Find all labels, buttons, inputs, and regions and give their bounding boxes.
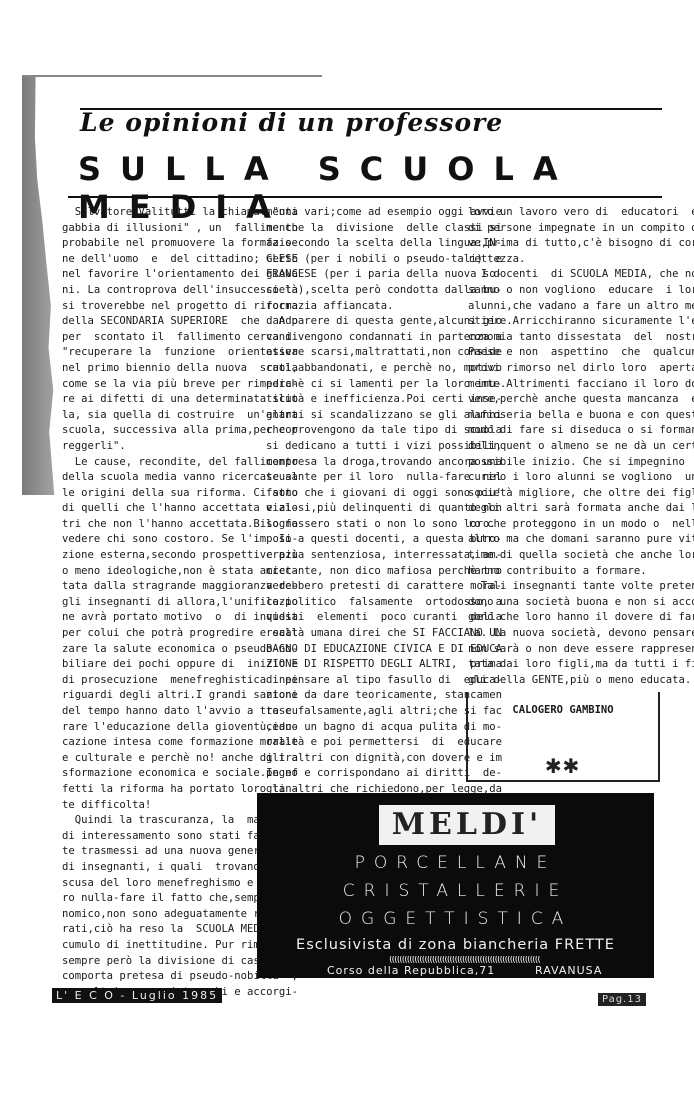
ad-address: Corso della Repubblica,71 [327, 964, 495, 977]
article-kicker: Le opinioni di un professore [80, 108, 503, 137]
article-line: hanno contribuito a formare. [468, 564, 694, 580]
article-line: menti vari;come ad esempio oggi avvie [266, 205, 502, 221]
article-line: conomia tanto dissestata del nostro [468, 330, 694, 346]
article-line: gono che loro hanno il dovere di far- [468, 610, 694, 626]
ad-line-porcellane: PORCELLANE [257, 853, 654, 873]
article-line: che provengono da tale tipo di scuola [266, 423, 502, 439]
article-line: compresa la droga,trovando ancora una [266, 455, 502, 471]
article-line: gnanti si scandalizzano se gli alunni [266, 408, 502, 424]
advertisement: MELDI' PORCELLANE CRISTALLERIE OGGETTIST… [257, 793, 654, 978]
article-line: ne dell'uomo e del cittadino; certo [62, 252, 298, 268]
ad-tagline: Esclusivista di zona biancheria FRETTE [257, 937, 654, 953]
article-line: scuola, successiva alla prima,per cor [62, 423, 298, 439]
article-line: possibile inizio. Che si impegnino e [468, 455, 694, 471]
article-line: tri che non l'hanno accettata.Bisogna [62, 517, 298, 533]
article-line: della SECONDARIA SUPERIORE che dando [62, 314, 298, 330]
article-line: essere scarsi,maltrattati,non conside [266, 345, 502, 361]
article-line: probabile nel promuovere la formazio- [62, 236, 298, 252]
article-line: di persone impegnate in un compito do [468, 221, 694, 237]
article-line: re ai difetti di una determinata scuo [62, 392, 298, 408]
article-line: ro che proteggono in un modo o nell' [468, 517, 694, 533]
article-line: si troverebbe nel progetto di riforma [62, 299, 298, 315]
article-line: perchè ci si lamenti per la loro inu- [266, 377, 502, 393]
article-line: realtà umana direi che SI FACCIANO UN [266, 626, 502, 642]
article-line: verebbero pretesti di carattere mora- [266, 579, 502, 595]
article-line: mafioseria bella e buona e con questo [468, 408, 694, 424]
article-line: cietà),scelta però condotta dalla bu- [266, 283, 502, 299]
article-line: I docenti di SCUOLA MEDIA, che non [468, 267, 694, 283]
article-line: di prosecuzione menefreghistica nei [62, 673, 298, 689]
article-line: gli insegnanti di allora,l'unificazio [62, 595, 298, 611]
article-line: rettezza. [468, 252, 694, 268]
article-line: reggerli". [62, 439, 298, 455]
article-line: scusante per il loro nulla-fare nel [266, 470, 502, 486]
article-line: ni. La controprova dell'insuccesso la [62, 283, 298, 299]
article-line: per scontato il fallimento cerca di [62, 330, 298, 346]
article-line: riguardi degli altri.I grandi santoni [62, 688, 298, 704]
article-line: gli della GENTE,più o meno educata. [468, 673, 694, 689]
article-line: modo di fare si diseduca o si formano [468, 423, 694, 439]
article-line: zione esterna,secondo prospettive più [62, 548, 298, 564]
article-line: Le cause, recondite, del fallimento [62, 455, 298, 471]
article-line: la. La nuova società, devono pensare, [468, 626, 694, 642]
article-line: o meno ideologiche,non è stata accet- [62, 564, 298, 580]
article-line: stiere.Arricchiranno sicuramente l'e- [468, 314, 694, 330]
article-line: delinquent o almeno se ne dà un certo [468, 439, 694, 455]
ad-brand-logo: MELDI' [379, 805, 555, 845]
article-line: sanno o non vogliono educare i loro [468, 283, 694, 299]
article-line: ne che la divisione delle classi si [266, 221, 502, 237]
article-line: rocrazia affiancata. [266, 299, 502, 315]
article-line: si dedicano a tutti i vizi possibili, [266, 439, 502, 455]
article-line: provi rimorso nel dirlo loro aperta- [468, 361, 694, 377]
article-line: alunni,che vadano a fare un altro me- [468, 299, 694, 315]
article-line: non sarà o non deve essere rappresen- [468, 642, 694, 658]
article-line: società migliore, che oltre dei figli [468, 486, 694, 502]
article-line: time.di quella società che anche loro [468, 548, 694, 564]
article-line: mente.Altrimenti facciano il loro do- [468, 377, 694, 393]
article-line: FRANCESE (per i paria della nuova so- [266, 267, 502, 283]
article-line: "recuperare la funzione orientativa [62, 345, 298, 361]
scan-top-rule [22, 75, 322, 77]
article-line: di pensare al tipo fasullo di educa- [266, 673, 502, 689]
author-name: CALOGERO GAMBINO [468, 704, 658, 716]
article-line: altro ma che domani saranno pure vit- [468, 532, 694, 548]
article-line: cazione intesa come formazione morale [62, 735, 298, 751]
ad-city: RAVANUSA [535, 964, 602, 977]
article-line: fatto che i giovani di oggi sono piu' [266, 486, 502, 502]
article-line: viziosi,più delinquenti di quanto non [266, 501, 502, 517]
article-column-3: loro un lavoro vero di educatori edi per… [468, 205, 694, 688]
article-line: zare la salute economica o pseudo-no- [62, 642, 298, 658]
article-line: ZIONE DI RISPETTO DEGLI ALTRI, prima [266, 657, 502, 673]
article-line: per colui che potrà progredire e scal [62, 626, 298, 642]
ad-line-oggettistica: OGGETTISTICA [257, 909, 654, 929]
article-line: loro un lavoro vero di educatori e [468, 205, 694, 221]
article-line: dono una società buona e non si accor [468, 595, 694, 611]
article-line: lo fossero stati o non lo sono loro. [266, 517, 502, 533]
header-bottom-rule [68, 196, 662, 198]
article-line: ne avrà portato motivo o di invidia [62, 610, 298, 626]
article-line: miccante, non dico mafiosa perchè tro [266, 564, 502, 580]
article-line: crazia sentenziosa, interressata, am- [266, 548, 502, 564]
article-line: A parere di questa gente,alcuni gio [266, 314, 502, 330]
article-line: della scuola media vanno ricercate al [62, 470, 298, 486]
article-line: Paese e non aspettino che qualcuno [468, 345, 694, 361]
article-line: le-politico falsamente ortodosso, a [266, 595, 502, 611]
article-line: nel favorire l'orientamento dei giova [62, 267, 298, 283]
ad-line-cristallerie: CRISTALLERIE [257, 881, 654, 901]
article-line: BAGNO DI EDUCAZIONE CIVICA E DI EDUCA [266, 642, 502, 658]
torn-page-edge [22, 75, 56, 495]
asterism-ornament-icon: ✱✱ [468, 752, 658, 778]
article-line: curino i loro alunni se vogliono una [468, 470, 694, 486]
article-line: rati,abbandonati, e perchè no, motivo [266, 361, 502, 377]
publication-footer: L' E C O - Luglio 1985 [52, 988, 222, 1003]
article-line: la, sia quella di costruire un'altra [62, 408, 298, 424]
article-line: vedere chi sono costoro. Se l'imposi- [62, 532, 298, 548]
article-line: sformazione economica e sociale.In ef [62, 766, 298, 782]
article-line: tilità e inefficienza.Poi certi inse- [266, 392, 502, 408]
article-line: biliare dei pochi oppure di inizio e [62, 657, 298, 673]
article-line: tata dalla stragrande maggioranza de- [62, 579, 298, 595]
article-line: e culturale e perchè no! anche di tra [62, 751, 298, 767]
ad-chain-border: ((((((((((((((((((((((((((((((((((((((((… [327, 956, 602, 964]
article-line: gabbia di illusioni" , un fallimento [62, 221, 298, 237]
article-line: del tempo hanno dato l'avvio a trascu [62, 704, 298, 720]
article-line: vere,perchè anche questa mancanza e' [468, 392, 694, 408]
article-line: tata dai loro figli,ma da tutti i fi- [468, 657, 694, 673]
article-line: fa secondo la scelta della lingua:IN- [266, 236, 502, 252]
article-line: questi elementi poco curanti della [266, 610, 502, 626]
article-line: GLESE (per i nobili o pseudo-tali) e [266, 252, 502, 268]
signature-box: CALOGERO GAMBINO ✱✱ [466, 692, 660, 782]
article-line: le origini della sua riforma. Ci sono [62, 486, 298, 502]
article-line: ve,prima di tutto,c'è bisogno di cor- [468, 236, 694, 252]
article-line: come se la via più breve per rimedia- [62, 377, 298, 393]
page-number: Pag.13 [598, 993, 646, 1006]
article-line: di quelli che l'hanno accettata e al- [62, 501, 298, 517]
article-line: Io a questi docenti, a questa buro- [266, 532, 502, 548]
article-line: Tali insegnanti tante volte preten- [468, 579, 694, 595]
article-line: vani vengono condannati in partenza a [266, 330, 502, 346]
article-line: nel primo biennio della nuova scuola [62, 361, 298, 377]
article-line: degli altri sarà formata anche dai lo [468, 501, 694, 517]
article-line: rare l'educazione della gioventù,edu- [62, 720, 298, 736]
article-line: Salvatore Valitutti la chiama: "una [62, 205, 298, 221]
